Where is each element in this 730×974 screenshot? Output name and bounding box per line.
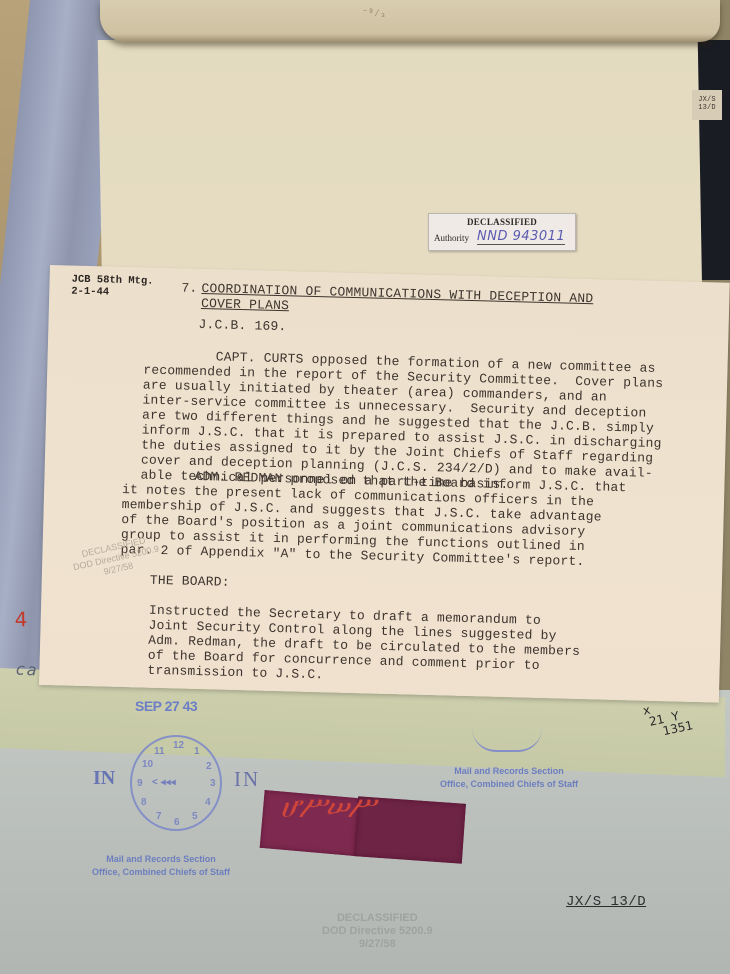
- board-heading: THE BOARD:: [150, 573, 230, 590]
- clock-number: 8: [141, 797, 147, 808]
- clock-number: 6: [174, 817, 180, 828]
- clock-number: 12: [173, 740, 184, 751]
- red-signature-scribble: ሆሥሠሥ: [280, 790, 374, 825]
- board-action: Instructed the Secretary to draft a memo…: [147, 603, 581, 689]
- authority-value: NND 943011: [477, 229, 565, 245]
- faint-declassified-stamp: DECLASSIFIED DOD Directive 5200.9 9/27/5…: [70, 533, 163, 584]
- date-stamp: SEP 27 43: [135, 698, 197, 714]
- clock-number: 3: [210, 778, 216, 789]
- declassified-title: DECLASSIFIED: [429, 217, 575, 227]
- clock-number: 10: [142, 759, 153, 770]
- mail-records-stamp-right: Mail and Records Section Office, Combine…: [440, 765, 578, 791]
- item-title: COORDINATION OF COMMUNICATIONS WITH DECE…: [201, 281, 594, 321]
- authority-label: Authority: [434, 233, 469, 243]
- margin-red-mark: 4: [15, 607, 28, 631]
- clock-number: 1: [194, 746, 200, 757]
- side-tab: JX/S 13/D: [692, 90, 722, 120]
- paragraph-redman: ADM. REDMAN proposed that the Board info…: [120, 467, 626, 570]
- clock-stamp-icon: 12 1 2 3 4 5 6 7 8 9 10 11 < ◂◂◂: [130, 735, 222, 831]
- meeting-reference: JCB 58th Mtg. 2-1-44: [71, 274, 154, 300]
- mail-records-stamp-left: Mail and Records Section Office, Combine…: [92, 853, 230, 879]
- in-stamp-right: IN: [234, 767, 260, 792]
- curled-page-mark: ⁻⁹⁄₃: [362, 8, 386, 20]
- clock-number: 4: [205, 797, 211, 808]
- clock-number: 5: [192, 811, 198, 822]
- typed-minutes-page: JCB 58th Mtg. 2-1-44 7. COORDINATION OF …: [39, 265, 730, 703]
- document-reference: J.C.B. 169.: [198, 317, 286, 334]
- clock-number: 11: [154, 746, 165, 757]
- clock-number: 7: [156, 811, 162, 822]
- clock-hand: < ◂◂◂: [152, 777, 176, 788]
- clock-number: 2: [206, 761, 212, 772]
- declassified-label: DECLASSIFIED Authority NND 943011: [428, 213, 576, 251]
- faint-declassified-stamp-bottom: DECLASSIFIED DOD Directive 5200.9 9/27/5…: [322, 912, 433, 951]
- upper-page: [98, 40, 703, 300]
- file-reference: JX/S 13/D: [566, 895, 646, 910]
- clock-number: 9: [137, 778, 143, 789]
- in-stamp-left: IN: [93, 767, 115, 790]
- curled-page-top: [100, 0, 720, 42]
- item-number: 7.: [181, 280, 197, 295]
